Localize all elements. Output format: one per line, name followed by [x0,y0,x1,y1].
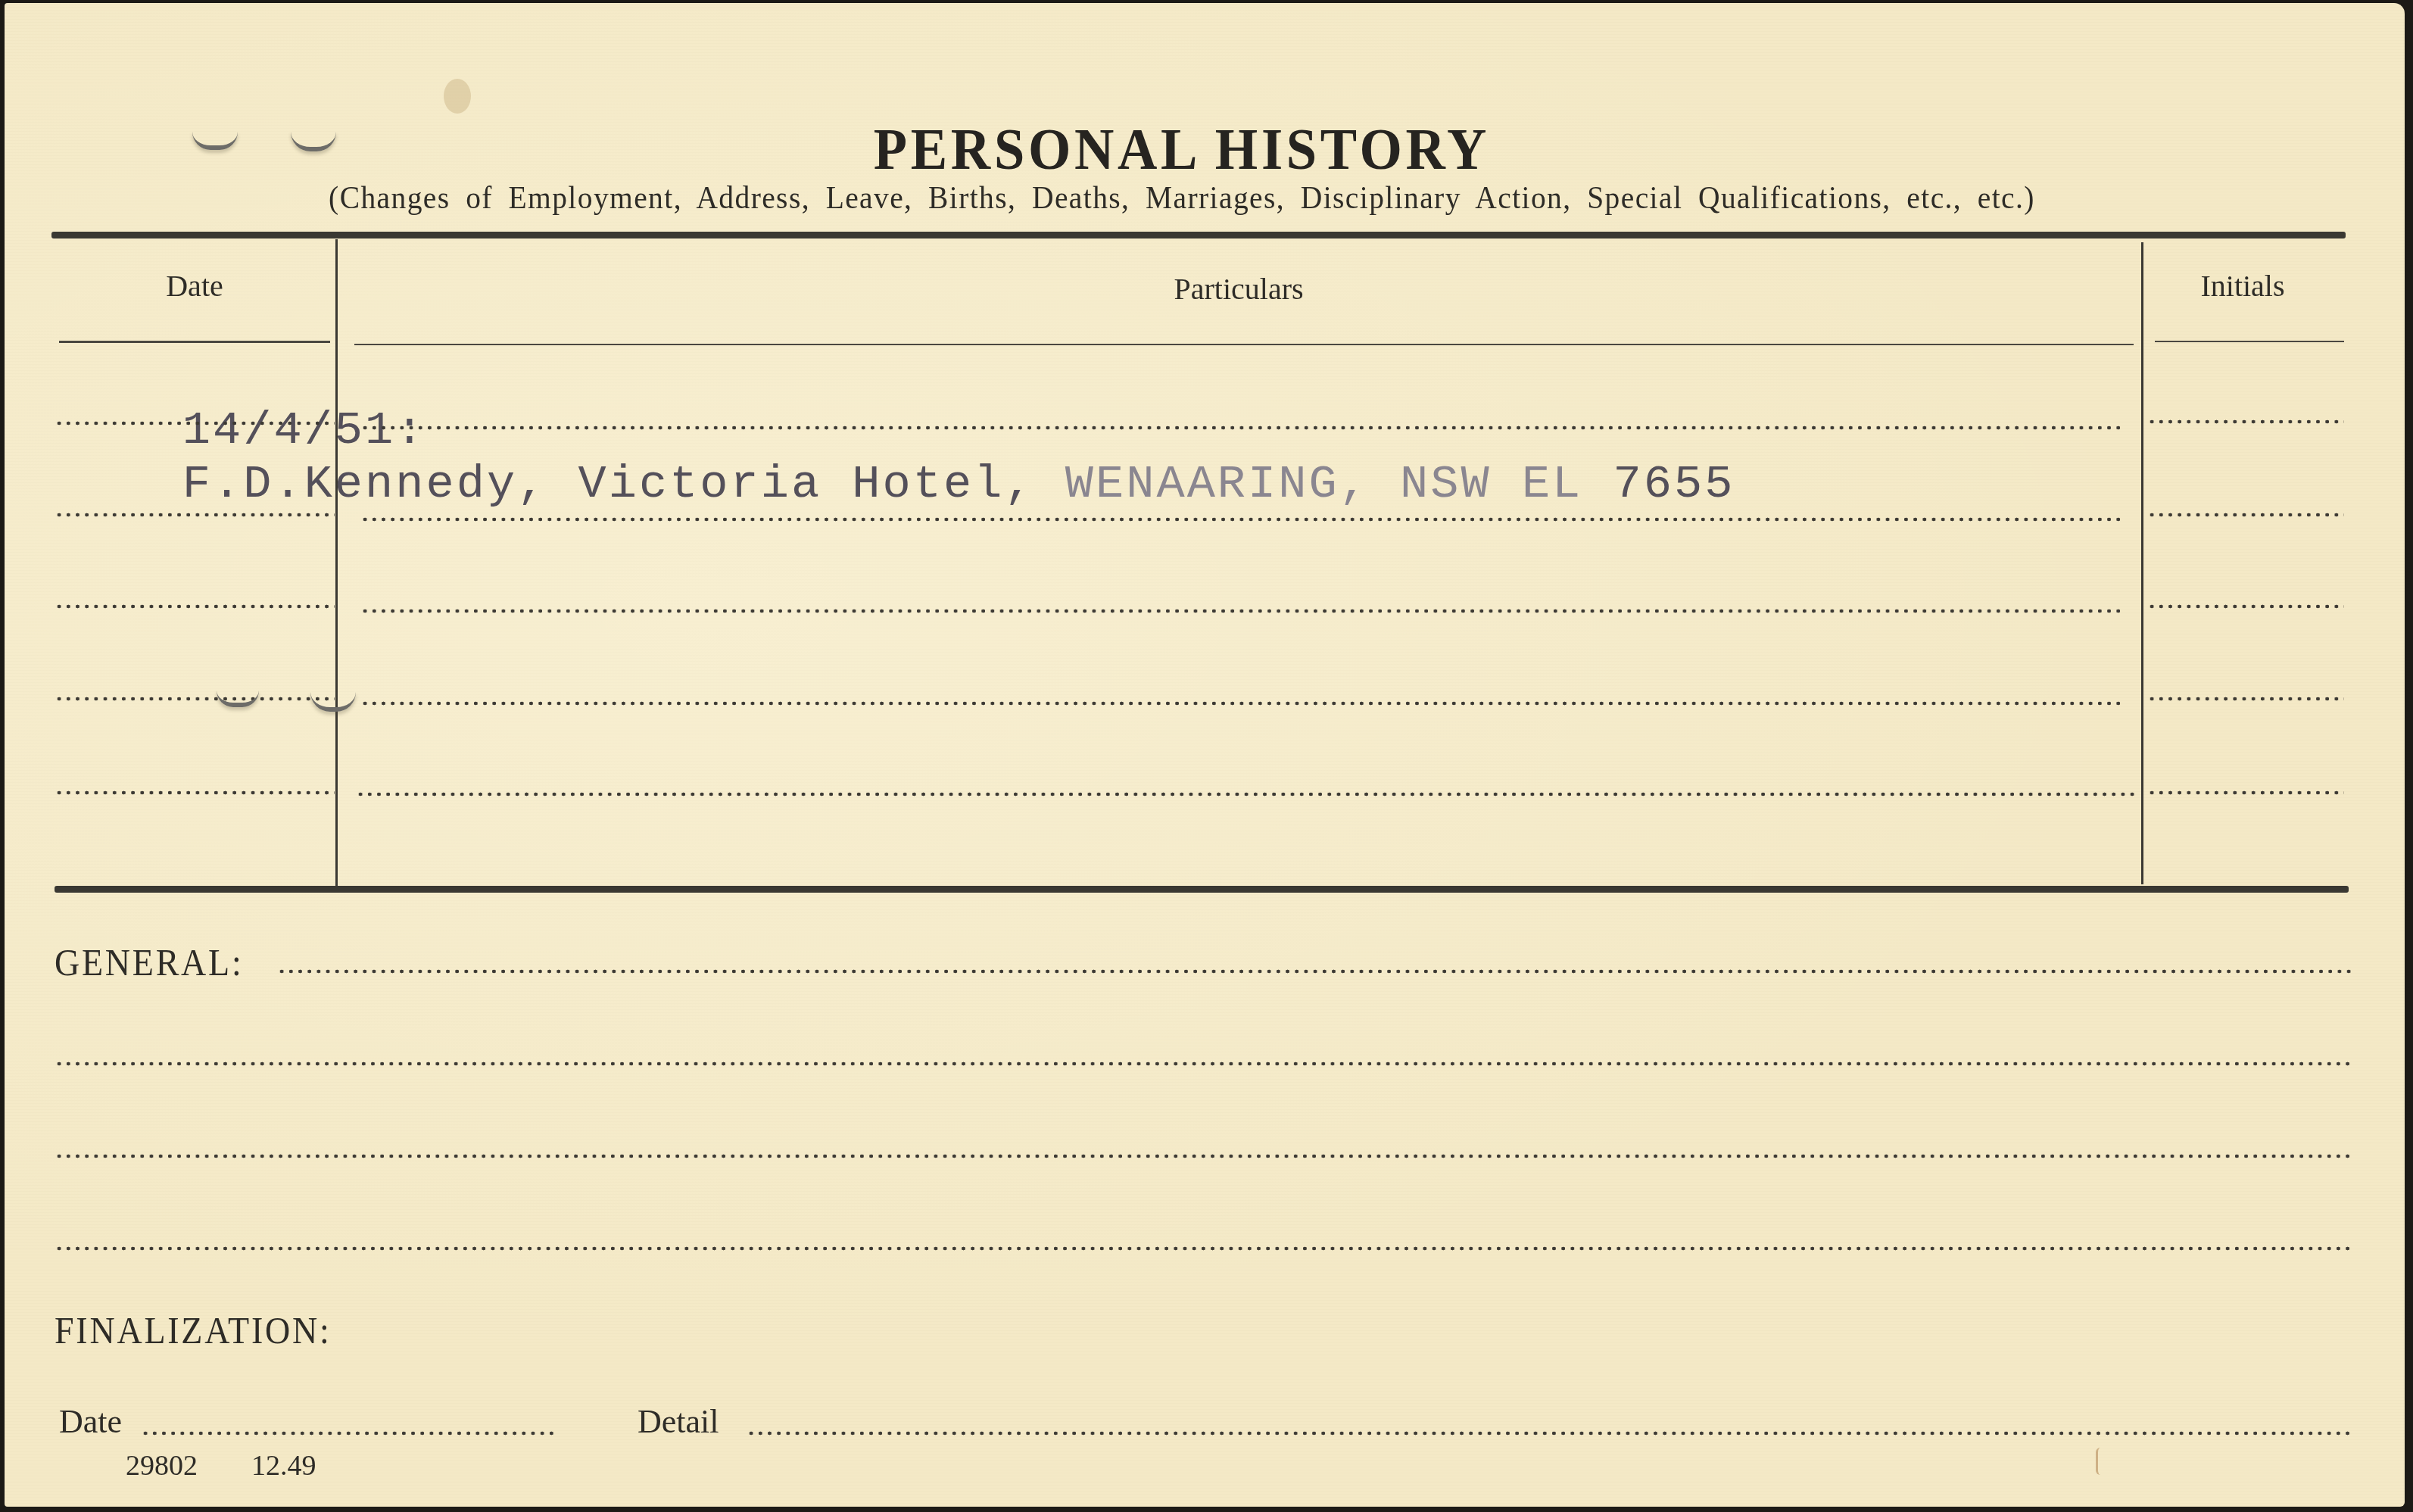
column-header-date: Date [55,268,335,304]
finalization-detail-field[interactable] [747,1431,2355,1436]
page-subtitle: (Changes of Employment, Address, Leave, … [75,180,2288,217]
table-bottom-rule [55,886,2349,893]
row-3-particulars-field[interactable] [360,609,2125,613]
row-5-particulars-field[interactable] [356,792,2137,797]
row-4-initials-field[interactable] [2147,697,2344,701]
column-header-particulars: Particulars [338,271,2140,307]
header-underline-particulars [354,344,2134,345]
row-4-particulars-field[interactable] [360,701,2125,706]
row-1-initials-field[interactable] [2147,419,2344,424]
table-row: 14/4/51: F.D.Kennedy, Victoria Hotel, WE… [61,350,1735,565]
general-field-line-4[interactable] [55,1246,2355,1251]
header-underline-date [59,341,330,343]
finalization-date-label: Date [59,1402,122,1441]
column-header-initials: Initials [2144,268,2341,304]
page-title: PERSONAL HISTORY [87,115,2277,183]
print-date: 12.49 [251,1449,316,1482]
general-label: GENERAL: [55,940,244,984]
general-field-line-3[interactable] [55,1154,2355,1158]
row-particulars[interactable]: F.D.Kennedy, Victoria Hotel, WENAARING, … [182,457,1735,511]
row-2-particulars-field[interactable] [360,517,2125,522]
row-5-initials-field[interactable] [2147,790,2344,795]
table-top-rule [51,232,2346,238]
finalization-detail-label: Detail [638,1402,719,1441]
row-2-date-field[interactable] [55,513,335,517]
paper-stain [444,79,471,114]
particulars-text: F.D.Kennedy, Victoria Hotel, [182,457,1065,511]
initials-column-divider [2141,242,2143,884]
particulars-number: 7655 [1613,457,1735,511]
row-1-particulars-field[interactable] [360,426,2125,430]
row-3-initials-field[interactable] [2147,604,2344,609]
header-underline-initials [2155,341,2344,342]
row-date[interactable]: 14/4/51: [182,404,426,457]
paper-mark [2096,1448,2107,1475]
staple-mark-icon [217,691,259,707]
row-4-date-field[interactable] [55,697,335,701]
row-3-date-field[interactable] [55,604,335,609]
row-5-date-field[interactable] [55,790,335,795]
row-2-initials-field[interactable] [2147,513,2344,517]
finalization-date-field[interactable] [141,1431,557,1436]
particulars-faint-text: WENAARING, NSW EL [1065,457,1613,511]
staple-mark-icon [310,692,356,712]
general-field-line-1[interactable] [277,969,2355,974]
row-1-date-field[interactable] [55,421,335,426]
finalization-label: FINALIZATION: [55,1308,331,1352]
general-field-line-2[interactable] [55,1062,2355,1066]
form-number: 29802 [126,1449,198,1482]
personal-history-card: PERSONAL HISTORY (Changes of Employment,… [5,3,2405,1507]
